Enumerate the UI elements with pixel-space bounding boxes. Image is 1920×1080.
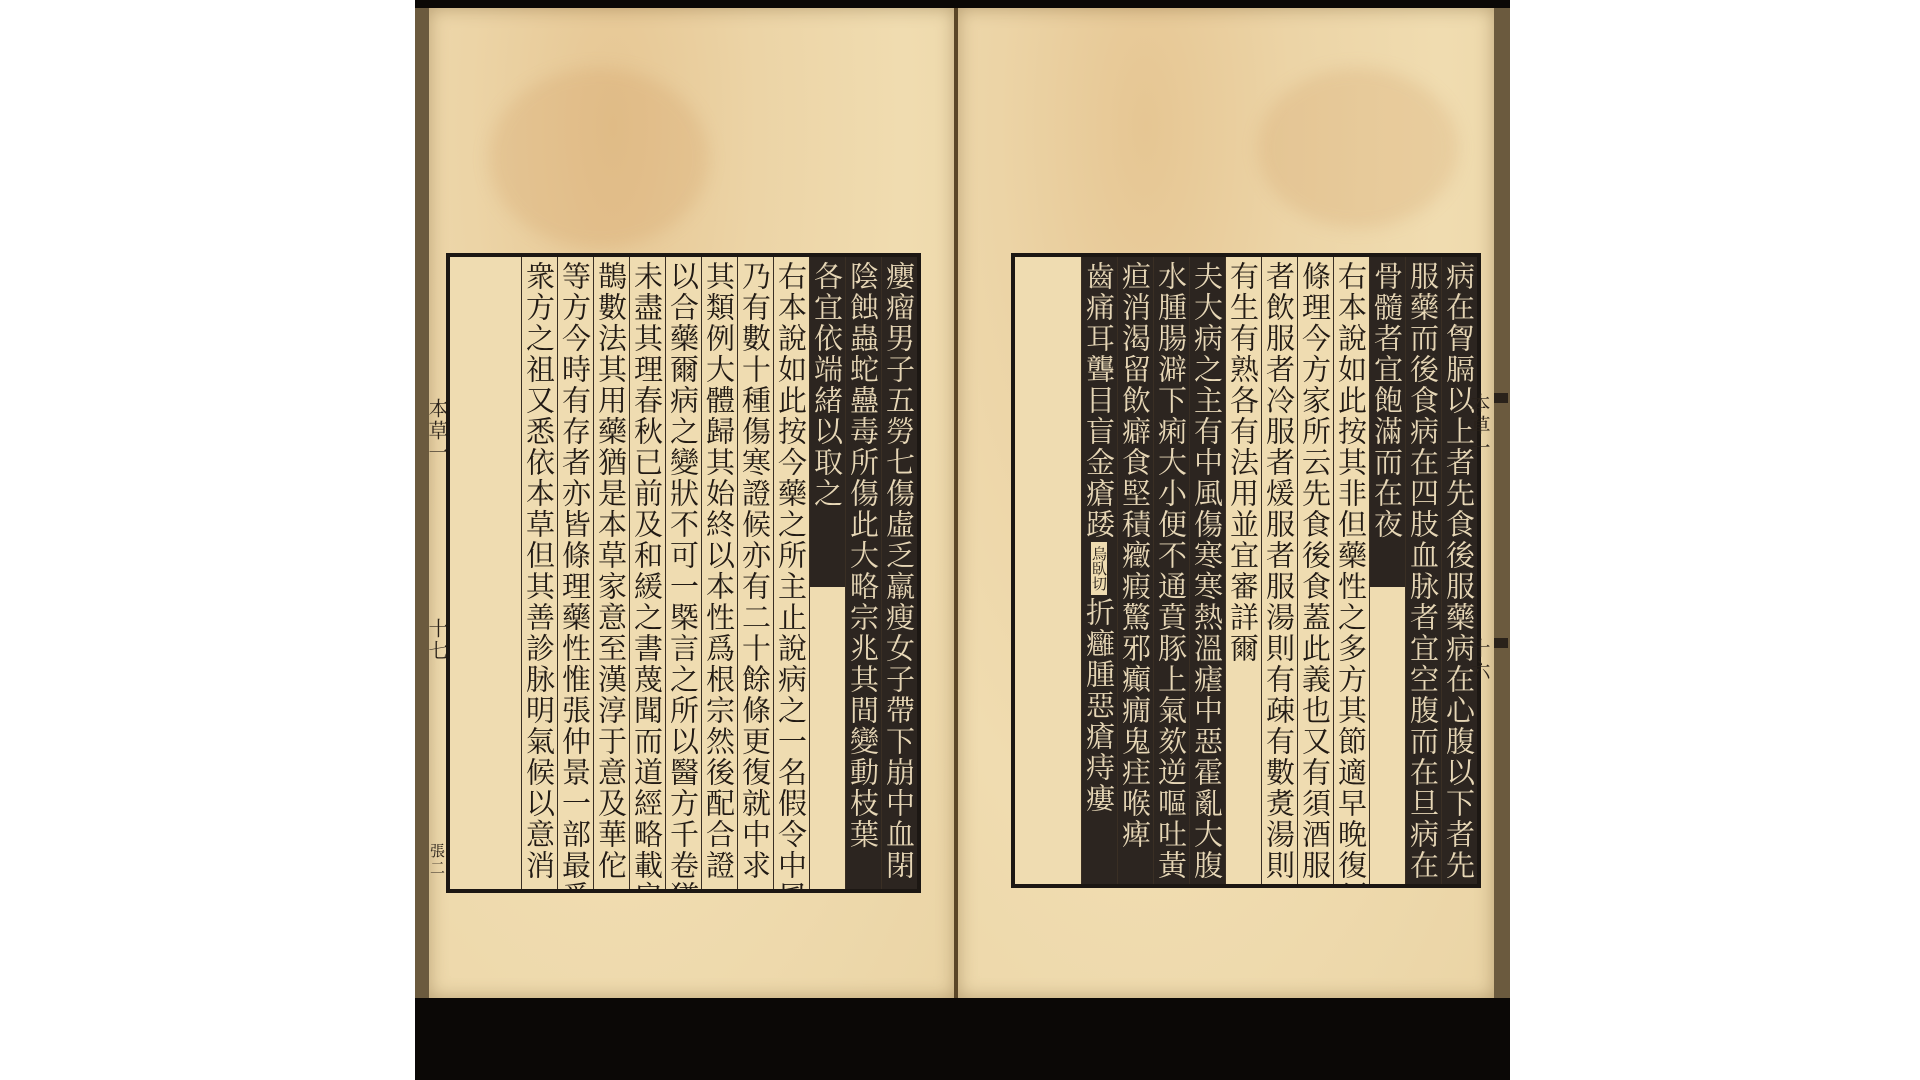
water-stain bbox=[489, 68, 709, 248]
right-text-frame: 病在胷膈以上者先食後服藥病在心腹以下者先 服藥而後食病在四肢血脉者宜空腹而在旦病… bbox=[1011, 253, 1481, 888]
left-text-frame: 癭瘤男子五勞七傷虛乏羸瘦女子帶下崩中血閉 陰蝕蟲蛇蠱毒所傷此大略宗兆其間變動枝葉… bbox=[446, 253, 921, 893]
fish-tail-mark bbox=[1494, 638, 1508, 648]
text-column: 有生有熟各有法用並宜審詳爾 bbox=[1225, 257, 1261, 884]
left-margin-footer: 張二 bbox=[427, 843, 448, 877]
text-column: 骨髓者宜飽滿而在夜 bbox=[1369, 257, 1405, 884]
right-margin-tab-page: 十六 bbox=[1465, 638, 1508, 682]
text-column-with-gloss: 齒痛耳聾目盲金瘡踒烏臥切折癰腫惡瘡痔瘻 bbox=[1081, 257, 1117, 884]
text-column: 水腫腸澼下痢大小便不通賁豚上氣欬逆嘔吐黃 bbox=[1153, 257, 1189, 884]
text-column: 服藥而後食病在四肢血脉者宜空腹而在旦病在 bbox=[1405, 257, 1441, 884]
water-stain bbox=[1258, 68, 1458, 228]
text-column: 衆方之祖又悉依本草但其善診脉明氣候以意消 bbox=[521, 257, 557, 889]
text-column: 各宜依端緒以取之 bbox=[809, 257, 845, 889]
column-text: 齒痛耳聾目盲金瘡踒 bbox=[1082, 261, 1116, 540]
column-text: 折癰腫惡瘡痔瘻 bbox=[1082, 597, 1116, 814]
text-column: 病在胷膈以上者先食後服藥病在心腹以下者先 bbox=[1441, 257, 1477, 884]
text-column: 條理今方家所云先食後食蓋此義也又有須酒服 bbox=[1297, 257, 1333, 884]
text-column: 陰蝕蟲蛇蠱毒所傷此大略宗兆其間變動枝葉 bbox=[845, 257, 881, 889]
text-column: 其類例大體歸其始終以本性爲根宗然後配合證 bbox=[701, 257, 737, 889]
book-scan: 本草一 十七 張二 癭瘤男子五勞七傷虛乏羸瘦女子帶下崩中血閉 陰蝕蟲蛇蠱毒所傷此… bbox=[415, 0, 1510, 1080]
text-column: 未盡其理春秋已前及和緩之書蔑聞而道經略載扁 bbox=[629, 257, 665, 889]
text-column: 鵲數法其用藥猶是本草家意至漢淳于意及華佗 bbox=[593, 257, 629, 889]
pronunciation-gloss: 烏臥切 bbox=[1091, 542, 1107, 595]
text-column: 右本說如此按今藥之所主止說病之一名假令中風 bbox=[773, 257, 809, 889]
text-column: 以合藥爾病之變狀不可一槩言之所以醫方千卷猶 bbox=[665, 257, 701, 889]
right-margin-tab-title: 本草一 bbox=[1465, 393, 1508, 459]
text-column: 夫大病之主有中風傷寒寒熱溫瘧中惡霍亂大腹 bbox=[1189, 257, 1225, 884]
right-page: 病在胷膈以上者先食後服藥病在心腹以下者先 服藥而後食病在四肢血脉者宜空腹而在旦病… bbox=[958, 8, 1510, 998]
text-column: 右本說如此按其非但藥性之多方其節適早晚復須 bbox=[1333, 257, 1369, 884]
left-page: 本草一 十七 張二 癭瘤男子五勞七傷虛乏羸瘦女子帶下崩中血閉 陰蝕蟲蛇蠱毒所傷此… bbox=[415, 8, 955, 998]
text-column: 癭瘤男子五勞七傷虛乏羸瘦女子帶下崩中血閉 bbox=[881, 257, 917, 889]
text-column: 疸消渴留飲癖食堅積癥瘕驚邪癲癇鬼疰喉痺 bbox=[1117, 257, 1153, 884]
text-column: 者飲服者冷服者煖服者服湯則有疎有數煑湯則 bbox=[1261, 257, 1297, 884]
fish-tail-mark bbox=[1494, 393, 1508, 403]
text-column: 乃有數十種傷寒證候亦有二十餘條更復就中求 bbox=[737, 257, 773, 889]
text-column: 等方今時有存者亦皆條理藥性惟張仲景一部最爲 bbox=[557, 257, 593, 889]
